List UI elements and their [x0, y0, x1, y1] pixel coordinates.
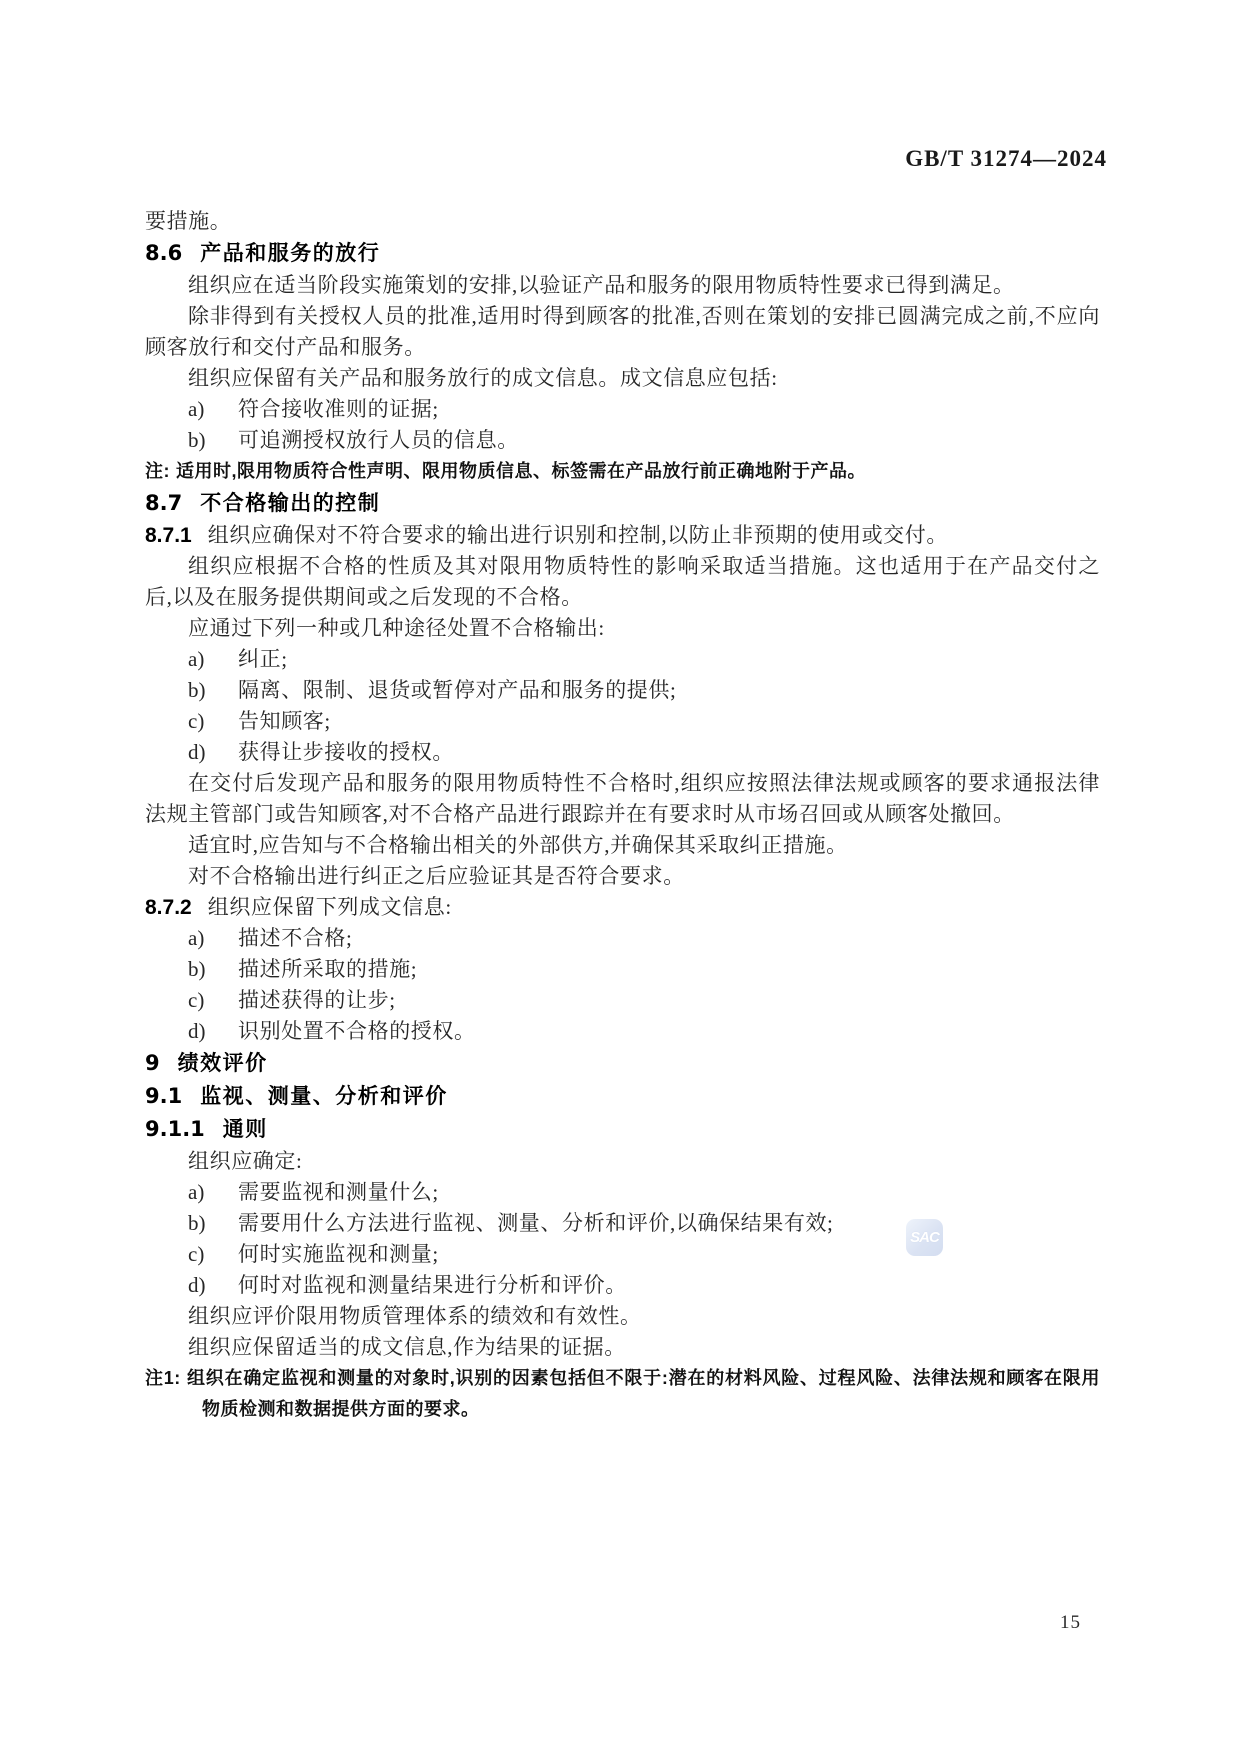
clause-paragraph-8-7-2: 8.7.2组织应保留下列成文信息: [145, 892, 1100, 923]
list-item-label: a) [188, 923, 238, 954]
list-item-text: 可追溯授权放行人员的信息。 [238, 428, 519, 452]
clause-paragraph-8-7-1: 8.7.1组织应确保对不符合要求的输出进行识别和控制,以防止非预期的使用或交付。 [145, 520, 1100, 551]
note-label: 注1: [145, 1368, 181, 1388]
section-number: 9.1.1 [145, 1117, 205, 1141]
list-item-text: 描述不合格; [238, 926, 352, 950]
paragraph: 组织应保留适当的成文信息,作为结果的证据。 [145, 1332, 1100, 1363]
paragraph: 组织应在适当阶段实施策划的安排,以验证产品和服务的限用物质特性要求已得到满足。 [145, 270, 1100, 301]
list-item: b)隔离、限制、退货或暂停对产品和服务的提供; [145, 675, 1100, 706]
clause-number: 8.7.1 [145, 524, 192, 547]
list-item-text: 纠正; [238, 647, 288, 671]
list-item: d)获得让步接收的授权。 [145, 737, 1100, 768]
paragraph: 对不合格输出进行纠正之后应验证其是否符合要求。 [145, 861, 1100, 892]
sac-watermark-text: SAC [910, 1229, 939, 1246]
list-item-text: 隔离、限制、退货或暂停对产品和服务的提供; [238, 678, 676, 702]
sac-watermark-logo: SAC [906, 1219, 943, 1256]
section-title: 通则 [223, 1118, 268, 1141]
list-item: d)识别处置不合格的授权。 [145, 1016, 1100, 1047]
section-title: 绩效评价 [178, 1052, 268, 1075]
section-number: 9 [145, 1051, 160, 1075]
list-item-label: c) [188, 706, 238, 737]
section-heading-8-6: 8.6产品和服务的放行 [145, 237, 1100, 270]
section-title: 不合格输出的控制 [200, 492, 380, 515]
note-label: 注: [145, 461, 170, 481]
list-item-text: 需要监视和测量什么; [238, 1180, 439, 1204]
paragraph: 组织应保留有关产品和服务放行的成文信息。成文信息应包括: [145, 363, 1100, 394]
section-heading-9: 9绩效评价 [145, 1047, 1100, 1080]
section-number: 8.7 [145, 491, 182, 515]
paragraph: 除非得到有关授权人员的批准,适用时得到顾客的批准,否则在策划的安排已圆满完成之前… [145, 301, 1100, 363]
list-item-text: 何时对监视和测量结果进行分析和评价。 [238, 1273, 627, 1297]
list-item: d)何时对监视和测量结果进行分析和评价。 [145, 1270, 1100, 1301]
list-item: a)符合接收准则的证据; [145, 394, 1100, 425]
list-item-label: b) [188, 954, 238, 985]
continuation-text: 要措施。 [145, 206, 1100, 237]
list-item-text: 符合接收准则的证据; [238, 397, 439, 421]
list-item-text: 识别处置不合格的授权。 [238, 1019, 476, 1043]
paragraph: 在交付后发现产品和服务的限用物质特性不合格时,组织应按照法律法规或顾客的要求通报… [145, 768, 1100, 830]
standard-code-header: GB/T 31274—2024 [905, 146, 1107, 172]
list-item-label: d) [188, 737, 238, 768]
list-item-label: b) [188, 1208, 238, 1239]
paragraph: 适宜时,应告知与不合格输出相关的外部供方,并确保其采取纠正措施。 [145, 830, 1100, 861]
note: 注:适用时,限用物质符合性声明、限用物质信息、标签需在产品放行前正确地附于产品。 [145, 456, 1100, 487]
list-item: c)描述获得的让步; [145, 985, 1100, 1016]
list-item-label: a) [188, 644, 238, 675]
list-item: b)需要用什么方法进行监视、测量、分析和评价,以确保结果有效; [145, 1208, 1100, 1239]
list-item: a)需要监视和测量什么; [145, 1177, 1100, 1208]
list-item-label: a) [188, 394, 238, 425]
list-item: b)可追溯授权放行人员的信息。 [145, 425, 1100, 456]
section-title: 监视、测量、分析和评价 [200, 1085, 448, 1108]
list-item: c)告知顾客; [145, 706, 1100, 737]
note: 注1:组织在确定监视和测量的对象时,识别的因素包括但不限于:潜在的材料风险、过程… [145, 1363, 1100, 1425]
list-item-text: 描述获得的让步; [238, 988, 396, 1012]
note-text: 适用时,限用物质符合性声明、限用物质信息、标签需在产品放行前正确地附于产品。 [176, 461, 866, 481]
paragraph: 组织应根据不合格的性质及其对限用物质特性的影响采取适当措施。这也适用于在产品交付… [145, 551, 1100, 613]
page-number: 15 [1060, 1612, 1081, 1634]
list-item-text: 需要用什么方法进行监视、测量、分析和评价,以确保结果有效; [238, 1211, 833, 1235]
list-item-label: b) [188, 675, 238, 706]
section-title: 产品和服务的放行 [200, 242, 380, 265]
list-item-label: d) [188, 1016, 238, 1047]
paragraph: 应通过下列一种或几种途径处置不合格输出: [145, 613, 1100, 644]
section-number: 9.1 [145, 1084, 182, 1108]
clause-number: 8.7.2 [145, 896, 192, 919]
paragraph: 组织应评价限用物质管理体系的绩效和有效性。 [145, 1301, 1100, 1332]
section-heading-9-1: 9.1监视、测量、分析和评价 [145, 1080, 1100, 1113]
list-item-text: 描述所采取的措施; [238, 957, 417, 981]
note-text: 组织在确定监视和测量的对象时,识别的因素包括但不限于:潜在的材料风险、过程风险、… [187, 1368, 1100, 1419]
list-item: a)描述不合格; [145, 923, 1100, 954]
list-item-text: 何时实施监视和测量; [238, 1242, 439, 1266]
clause-text: 组织应确保对不符合要求的输出进行识别和控制,以防止非预期的使用或交付。 [208, 523, 948, 547]
list-item-text: 获得让步接收的授权。 [238, 740, 454, 764]
list-item-label: c) [188, 985, 238, 1016]
list-item-text: 告知顾客; [238, 709, 331, 733]
list-item-label: b) [188, 425, 238, 456]
list-item: c)何时实施监视和测量; [145, 1239, 1100, 1270]
section-number: 8.6 [145, 241, 182, 265]
section-heading-9-1-1: 9.1.1通则 [145, 1113, 1100, 1146]
list-item: a)纠正; [145, 644, 1100, 675]
list-item-label: d) [188, 1270, 238, 1301]
section-heading-8-7: 8.7不合格输出的控制 [145, 487, 1100, 520]
list-item-label: a) [188, 1177, 238, 1208]
document-page: GB/T 31274—2024 要措施。 8.6产品和服务的放行 组织应在适当阶… [0, 0, 1241, 1754]
paragraph: 组织应确定: [145, 1146, 1100, 1177]
clause-text: 组织应保留下列成文信息: [208, 895, 452, 919]
list-item-label: c) [188, 1239, 238, 1270]
page-content: 要措施。 8.6产品和服务的放行 组织应在适当阶段实施策划的安排,以验证产品和服… [145, 206, 1100, 1425]
list-item: b)描述所采取的措施; [145, 954, 1100, 985]
